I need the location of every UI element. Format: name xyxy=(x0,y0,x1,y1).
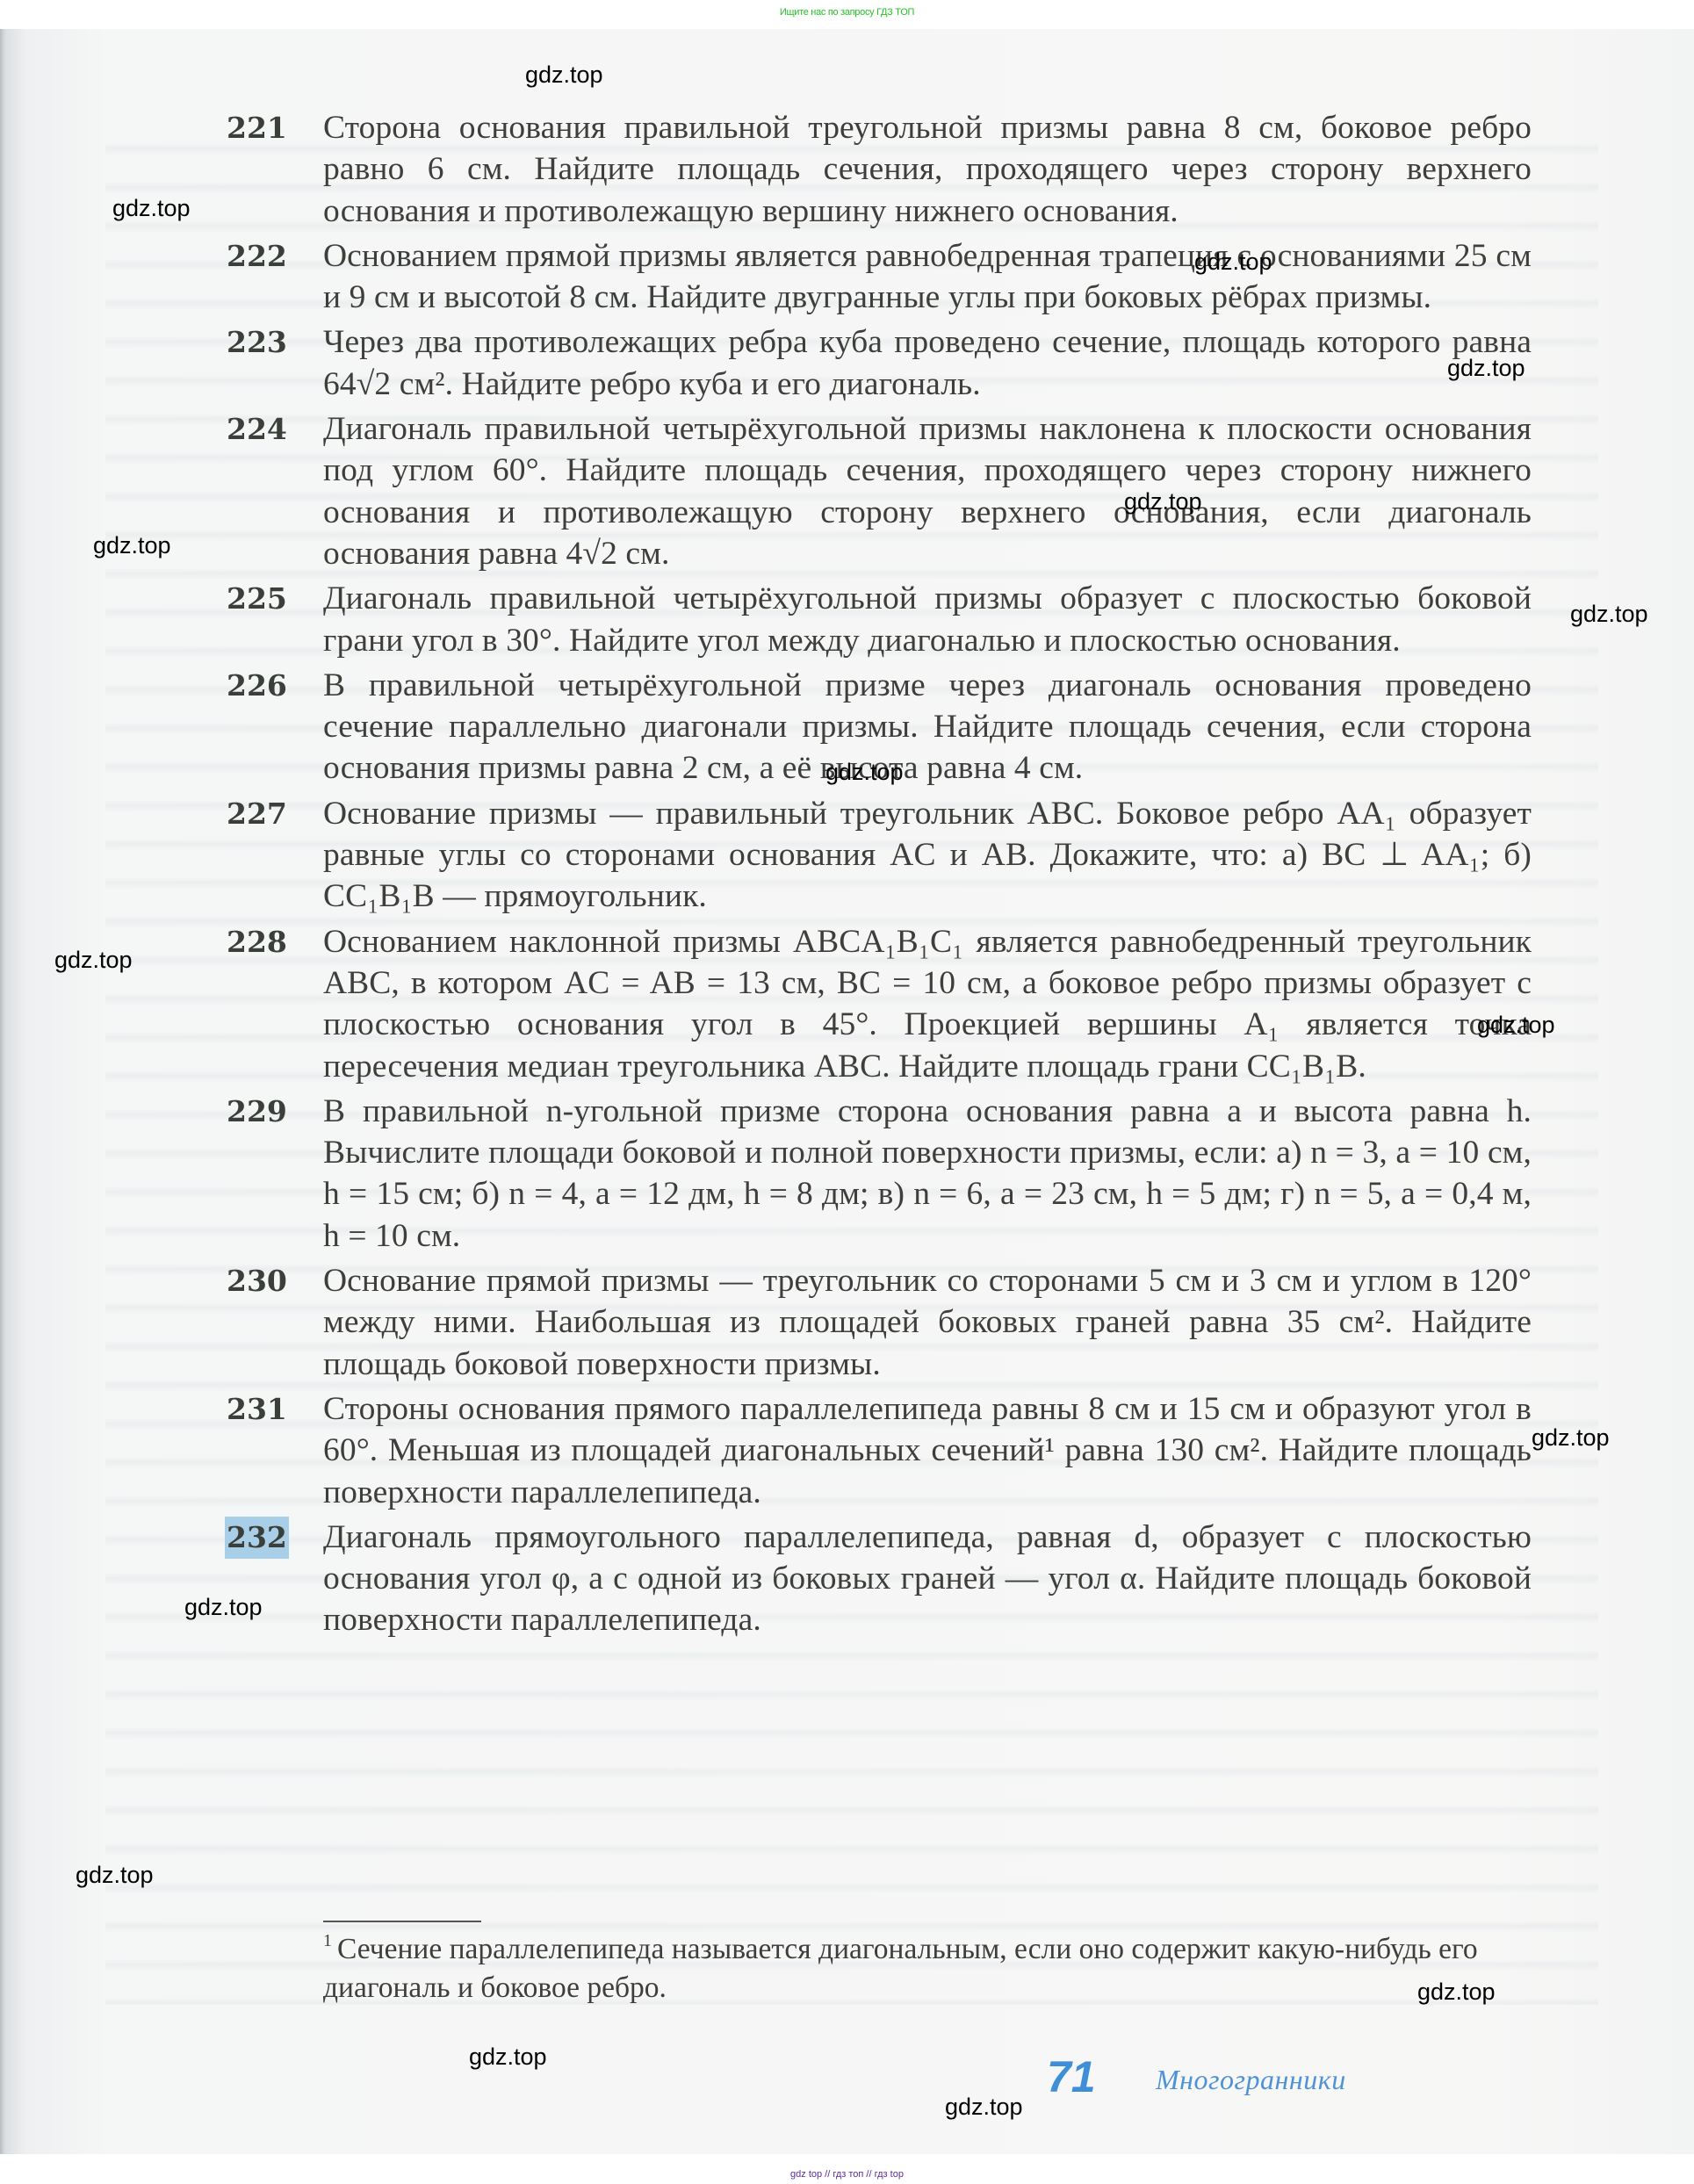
watermark-text: gdz.top xyxy=(54,947,133,974)
problem-232: 232 Диагональ прямоугольного параллелепи… xyxy=(227,1517,1532,1641)
problem-number-highlighted: 232 xyxy=(225,1517,289,1559)
watermark-text: gdz.top xyxy=(469,2043,547,2071)
problem-text: В правильной четырёхугольной призме чере… xyxy=(323,665,1532,789)
watermark-text: gdz.top xyxy=(1194,249,1272,276)
problem-number: 225 xyxy=(227,578,287,620)
watermark-text: gdz.top xyxy=(1570,601,1648,628)
watermark-text: gdz.top xyxy=(1532,1424,1610,1452)
page-number: 71 xyxy=(1047,2051,1096,2102)
problem-text: В правильной n-угольной призме сторона о… xyxy=(323,1091,1532,1257)
problem-text: Сторона основания правильной треугольной… xyxy=(323,107,1532,232)
watermark-text: gdz.top xyxy=(93,532,171,559)
watermark-text: gdz.top xyxy=(1447,355,1525,382)
watermark-text: gdz.top xyxy=(1477,1012,1555,1039)
problem-225: 225 Диагональ правильной четырёхугольной… xyxy=(227,578,1532,661)
problem-231: 231 Стороны основания прямого параллелеп… xyxy=(227,1388,1532,1513)
footnote-marker: 1 xyxy=(323,1931,332,1950)
problem-text: Диагональ правильной четырёхугольной при… xyxy=(323,578,1532,661)
problem-224: 224 Диагональ правильной четырёхугольной… xyxy=(227,408,1532,574)
problem-text: Через два противолежащих ребра куба пров… xyxy=(323,321,1532,405)
problem-text: Основание прямой призмы — треугольник со… xyxy=(323,1260,1532,1385)
problem-number: 230 xyxy=(227,1260,287,1302)
problem-229: 229 В правильной n-угольной призме сторо… xyxy=(227,1091,1532,1257)
footnote: 1Сечение параллелепипеда называется диаг… xyxy=(323,1930,1532,2007)
problem-number: 229 xyxy=(227,1091,287,1133)
problem-221: 221 Сторона основания правильной треугол… xyxy=(227,107,1532,232)
problem-number: 227 xyxy=(227,793,287,835)
footnote-text: Сечение параллелепипеда называется диаго… xyxy=(323,1933,1478,2004)
watermark-text: gdz.top xyxy=(1124,488,1202,515)
problem-text: Стороны основания прямого параллелепипед… xyxy=(323,1388,1532,1513)
watermark-text: gdz.top xyxy=(1417,1979,1496,2006)
footnote-divider xyxy=(323,1921,481,1922)
problem-text: Основание призмы — правильный треугольни… xyxy=(323,793,1532,918)
problem-text: Диагональ правильной четырёхугольной при… xyxy=(323,408,1532,574)
problem-list: 221 Сторона основания правильной треугол… xyxy=(227,107,1532,1641)
problem-228: 228 Основанием наклонной призмы ABCA₁B₁C… xyxy=(227,921,1532,1087)
chapter-title: Многогранники xyxy=(1156,2064,1346,2096)
problem-222: 222 Основанием прямой призмы является ра… xyxy=(227,235,1532,319)
problem-number: 221 xyxy=(227,107,287,149)
problem-number: 222 xyxy=(227,235,287,278)
watermark-text: gdz.top xyxy=(184,1594,263,1621)
bottom-banner: gdz top // гдз топ // гдз top xyxy=(0,2169,1694,2180)
problem-number: 223 xyxy=(227,321,287,364)
watermark-text: gdz.top xyxy=(525,61,603,89)
watermark-text: gdz.top xyxy=(945,2094,1023,2121)
problem-223: 223 Через два противолежащих ребра куба … xyxy=(227,321,1532,405)
watermark-text: gdz.top xyxy=(76,1862,154,1889)
problem-text: Основанием прямой призмы является равноб… xyxy=(323,235,1532,319)
problem-227: 227 Основание призмы — правильный треуго… xyxy=(227,793,1532,918)
problem-230: 230 Основание прямой призмы — треугольни… xyxy=(227,1260,1532,1385)
problem-number: 226 xyxy=(227,665,287,707)
problem-number: 228 xyxy=(227,921,287,963)
problem-number: 231 xyxy=(227,1388,287,1431)
watermark-text: gdz.top xyxy=(112,195,191,222)
top-banner: Ищите нас по запросу ГДЗ ТОП xyxy=(0,7,1694,18)
problem-text: Диагональ прямоугольного параллелепипеда… xyxy=(323,1517,1532,1641)
problem-number: 224 xyxy=(227,408,287,450)
problem-text: Основанием наклонной призмы ABCA₁B₁C₁ яв… xyxy=(323,921,1532,1087)
watermark-text: gdz.top xyxy=(825,759,904,786)
